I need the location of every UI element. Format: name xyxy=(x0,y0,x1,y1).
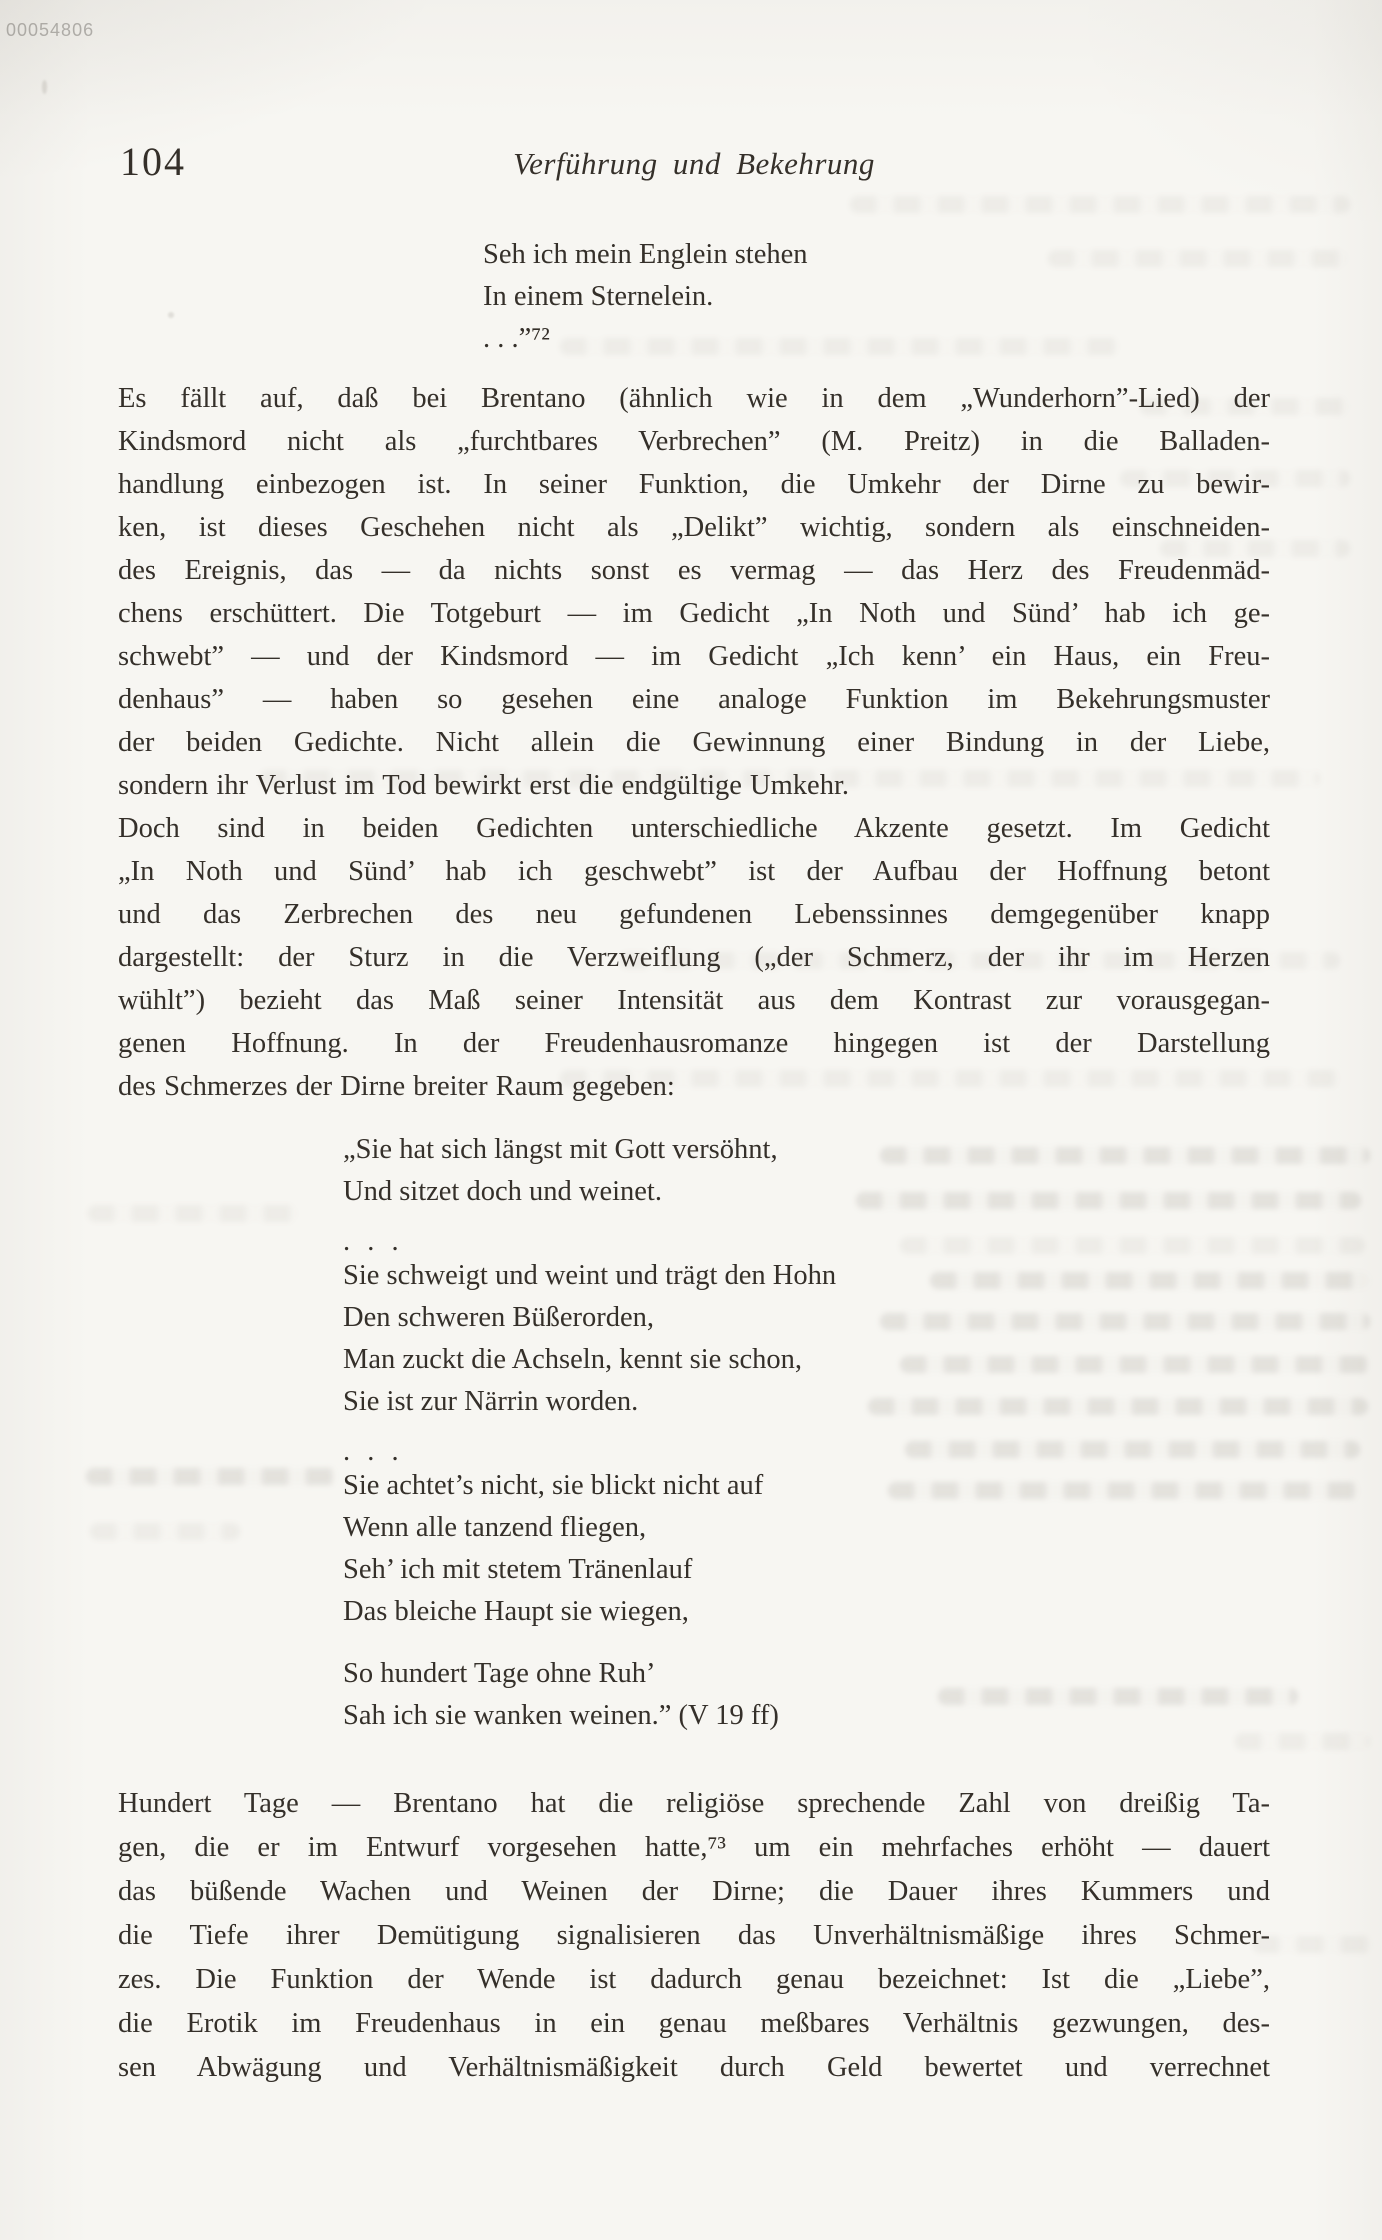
text-line: Sie ist zur Närrin worden. xyxy=(343,1381,1270,1423)
text-line: zes. Die Funktion der Wende ist dadurch … xyxy=(118,1958,1270,2002)
text-line: des Ereignis, das — da nichts sonst es v… xyxy=(118,549,1270,592)
text-line: sondern ihr Verlust im Tod bewirkt erst … xyxy=(118,764,1270,807)
text-line: Das bleiche Haupt sie wiegen, xyxy=(343,1591,1270,1633)
text-line: die Tiefe ihrer Demütigung signalisieren… xyxy=(118,1914,1270,1958)
poem-ellipsis: . . . xyxy=(343,1213,1270,1255)
text-line: Seh ich mein Englein stehen xyxy=(483,234,1270,276)
poem-stanza: „Sie hat sich längst mit Gott versöhnt,U… xyxy=(343,1129,1270,1213)
text-line: ken, ist dieses Geschehen nicht als „Del… xyxy=(118,506,1270,549)
page-header: 104 Verführung und Bekehrung xyxy=(118,142,1270,186)
page-number: 104 xyxy=(120,140,186,184)
text-line: das büßende Wachen und Weinen der Dirne;… xyxy=(118,1870,1270,1914)
bleedthrough-artifact xyxy=(1253,1936,1373,1953)
text-line: Wenn alle tanzend fliegen, xyxy=(343,1507,1270,1549)
poem-quotation: „Sie hat sich längst mit Gott versöhnt,U… xyxy=(343,1129,1270,1737)
scan-id-stamp: 00054806 xyxy=(6,20,94,41)
text-line: dargestellt: der Sturz in die Verzweiflu… xyxy=(118,936,1270,979)
text-line: gen, die er im Entwurf vorgesehen hatte,… xyxy=(118,1826,1270,1870)
text-line: wühlt”) bezieht das Maß seiner Intensitä… xyxy=(118,979,1270,1022)
text-line: Und sitzet doch und weinet. xyxy=(343,1171,1270,1213)
poem-stanza-final: So hundert Tage ohne Ruh’Sah ich sie wan… xyxy=(343,1653,1270,1737)
text-line: Seh’ ich mit stetem Tränenlauf xyxy=(343,1549,1270,1591)
book-page-scan: 00054806 104 Verführung und Bekehrung Se… xyxy=(0,0,1382,2240)
text-line: Man zuckt die Achseln, kennt sie schon, xyxy=(343,1339,1270,1381)
paragraph-2: Doch sind in beiden Gedichten unterschie… xyxy=(118,807,1270,1108)
text-block: 104 Verführung und Bekehrung Seh ich mei… xyxy=(118,142,1270,2090)
scan-speck xyxy=(42,80,47,94)
text-line: des Schmerzes der Dirne breiter Raum geg… xyxy=(118,1065,1270,1108)
poem-ellipsis: . . . xyxy=(343,1423,1270,1465)
text-line: Es fällt auf, daß bei Brentano (ähnlich … xyxy=(118,377,1270,420)
text-line: Den schweren Büßerorden, xyxy=(343,1297,1270,1339)
text-line: So hundert Tage ohne Ruh’ xyxy=(343,1653,1270,1695)
text-line: der beiden Gedichte. Nicht allein die Ge… xyxy=(118,721,1270,764)
text-line: . . . xyxy=(343,1431,1270,1473)
text-line: „Sie hat sich längst mit Gott versöhnt, xyxy=(343,1129,1270,1171)
text-line: chens erschüttert. Die Totgeburt — im Ge… xyxy=(118,592,1270,635)
poem-stanza: Sie schweigt und weint und trägt den Hoh… xyxy=(343,1255,1270,1423)
text-line: . . .”⁷² xyxy=(483,318,1270,360)
text-line: denhaus” — haben so gesehen eine analoge… xyxy=(118,678,1270,721)
text-line: schwebt” — und der Kindsmord — im Gedich… xyxy=(118,635,1270,678)
text-line: Hundert Tage — Brentano hat die religiös… xyxy=(118,1782,1270,1826)
text-line: Sah ich sie wanken weinen.” (V 19 ff) xyxy=(343,1695,1270,1737)
poem-epigraph: Seh ich mein Englein stehenIn einem Ster… xyxy=(483,234,1270,360)
text-line: „In Noth und Sünd’ hab ich geschwebt” is… xyxy=(118,850,1270,893)
text-line: genen Hoffnung. In der Freudenhausromanz… xyxy=(118,1022,1270,1065)
paragraph-3: Hundert Tage — Brentano hat die religiös… xyxy=(118,1782,1270,2090)
text-line: die Erotik im Freudenhaus in ein genau m… xyxy=(118,2002,1270,2046)
text-line: handlung einbezogen ist. In seiner Funkt… xyxy=(118,463,1270,506)
poem-stanza: Sie achtet’s nicht, sie blickt nicht auf… xyxy=(343,1465,1270,1633)
text-line: Doch sind in beiden Gedichten unterschie… xyxy=(118,807,1270,850)
text-line: . . . xyxy=(343,1221,1270,1263)
running-title: Verführung und Bekehrung xyxy=(118,142,1270,186)
paragraph-1: Es fällt auf, daß bei Brentano (ähnlich … xyxy=(118,377,1270,807)
text-line: sen Abwägung und Verhältnismäßigkeit dur… xyxy=(118,2046,1270,2090)
text-line: Kindsmord nicht als „furchtbares Verbrec… xyxy=(118,420,1270,463)
text-line: In einem Sternelein. xyxy=(483,276,1270,318)
text-line: und das Zerbrechen des neu gefundenen Le… xyxy=(118,893,1270,936)
